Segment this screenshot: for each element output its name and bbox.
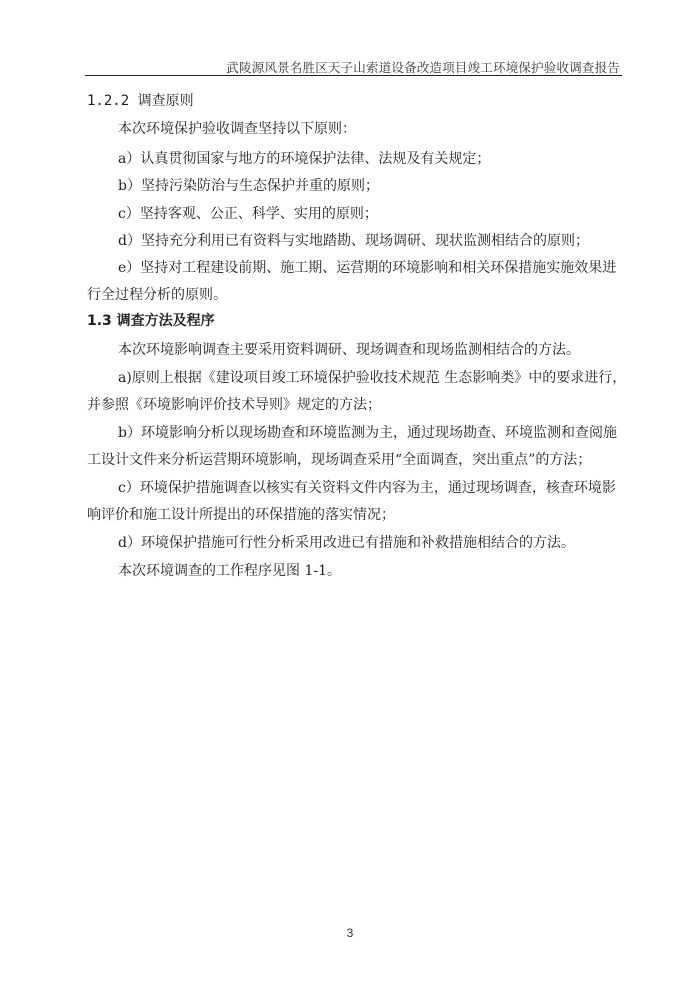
list-item-continuation: 工设计文件来分析运营期环境影响，现场调查采用“全面调查，突出重点”的方法； [87, 451, 591, 469]
page-number: 3 [0, 926, 700, 940]
list-item-continuation: 行全过程分析的原则。 [87, 286, 227, 304]
list-item: e）坚持对工程建设前期、施工期、运营期的环境影响和相关环保措施实施效果进 [118, 259, 616, 277]
section-heading-1-3: 1.3 调查方法及程序 [87, 312, 215, 330]
header-divider [85, 75, 622, 76]
list-item: a）认真贯彻国家与地方的环境保护法律、法规及有关规定； [118, 150, 490, 168]
list-item: d）环境保护措施可行性分析采用改进已有措施和补救措施相结合的方法。 [118, 534, 575, 552]
list-item: d）坚持充分利用已有资料与实地踏勘、现场调研、现状监测相结合的原则； [118, 232, 589, 250]
paragraph: 本次环境影响调查主要采用资料调研、现场调查和现场监测相结合的方法。 [118, 341, 580, 359]
section-heading-1-2-2: 1.2.2 调查原则 [87, 92, 194, 110]
header-title: 武陵源风景名胜区天子山索道设备改造项目竣工环境保护验收调查报告 [226, 58, 620, 76]
list-item: c）坚持客观、公正、科学、实用的原则； [118, 205, 378, 223]
list-item: c）环境保护措施调查以核实有关资料文件内容为主，通过现场调查，核查环境影 [118, 479, 616, 497]
paragraph: 本次环境调查的工作程序见图 1-1。 [118, 562, 341, 580]
list-item-continuation: 并参照《环境影响评价技术导则》规定的方法； [87, 396, 381, 414]
list-item: b）坚持污染防治与生态保护并重的原则； [118, 177, 379, 195]
list-item: b）环境影响分析以现场勘查和环境监测为主，通过现场勘查、环境监测和查阅施 [118, 424, 617, 442]
paragraph: 本次环境保护验收调查坚持以下原则： [118, 120, 356, 138]
list-item: a)原则上根据《建设项目竣工环境保护验收技术规范 生态影响类》中的要求进行， [118, 369, 626, 387]
list-item-continuation: 响评价和施工设计所提出的环保措施的落实情况； [87, 506, 395, 524]
